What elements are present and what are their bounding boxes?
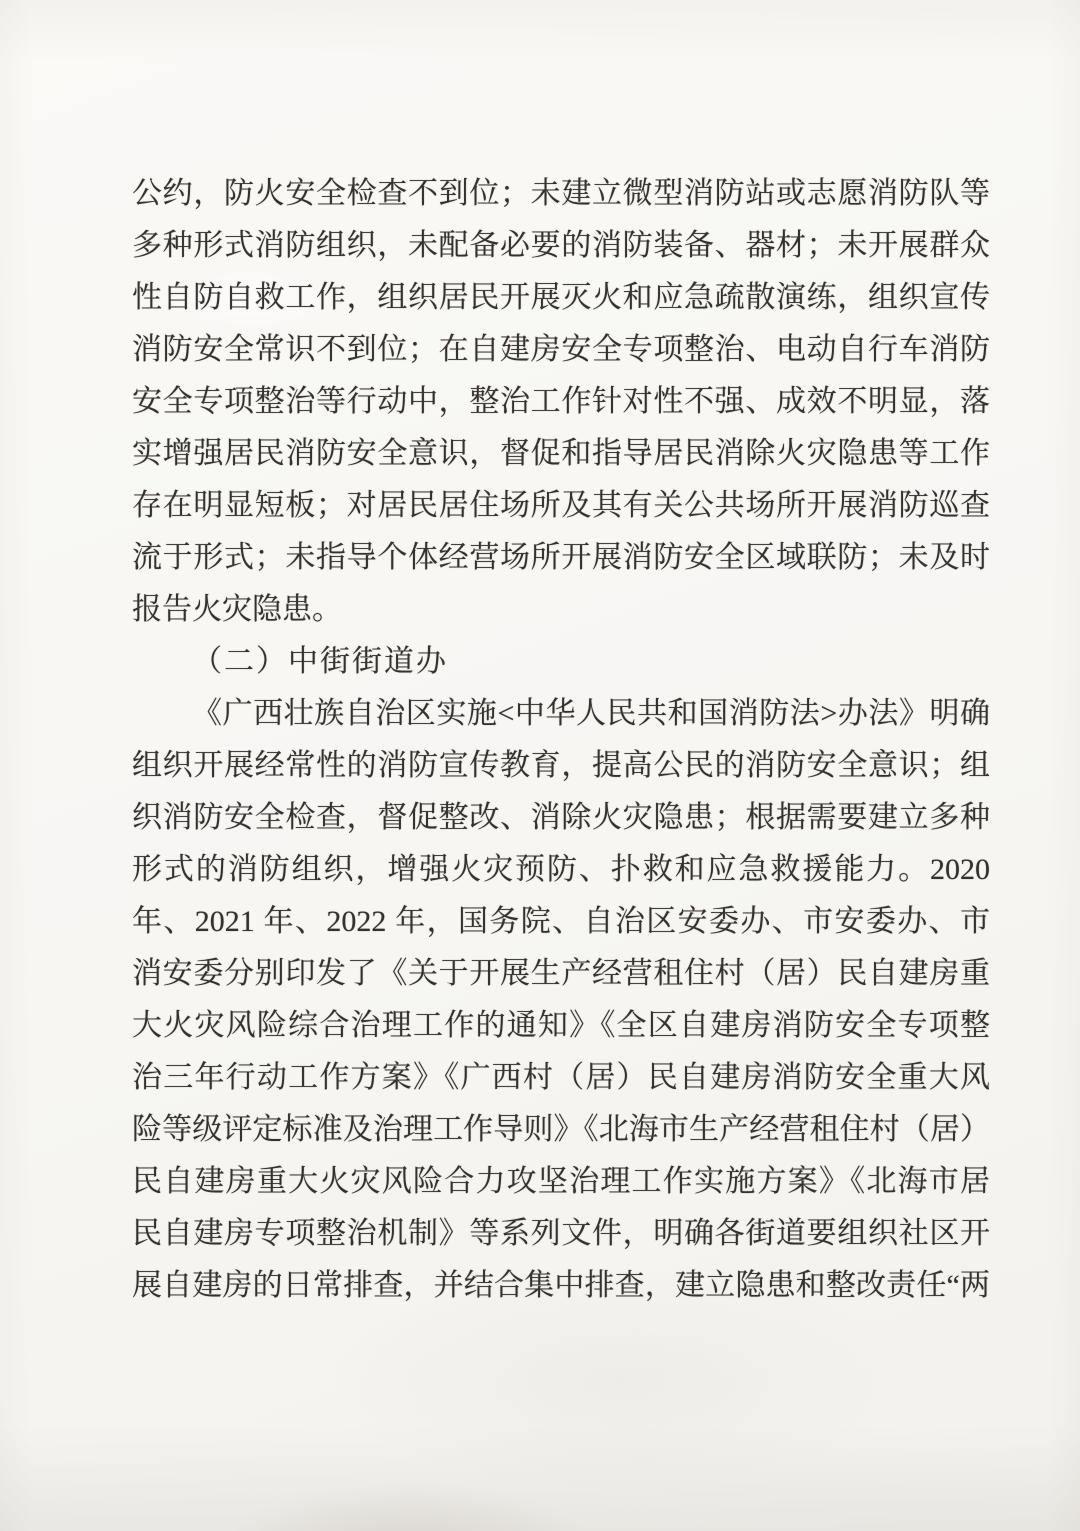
paragraph2-text-line: 消安委分别印发了《关于开展生产经营租住村（居）民自建房重 — [132, 948, 990, 1000]
paragraph1-text-line: 实增强居民消防安全意识，督促和指导居民消除火灾隐患等工作 — [132, 428, 990, 480]
scanned-page: 公约，防火安全检查不到位；未建立微型消防站或志愿消防队等多种形式消防组织，未配备… — [0, 0, 1080, 1531]
paragraph2-text-line: 形式的消防组织，增强火灾预防、扑救和应急救援能力。2020 — [132, 844, 990, 896]
document-text-block: 公约，防火安全检查不到位；未建立微型消防站或志愿消防队等多种形式消防组织，未配备… — [132, 168, 990, 1312]
paragraph2-text-line: 民自建房专项整治机制》等系列文件，明确各街道要组织社区开 — [132, 1208, 990, 1260]
paragraph1-text-line: 安全专项整治等行动中，整治工作针对性不强、成效不明显，落 — [132, 376, 990, 428]
paragraph1-text-line: 存在明显短板；对居民居住场所及其有关公共场所开展消防巡查 — [132, 480, 990, 532]
paragraph2-text-line: 治三年行动工作方案》《广西村（居）民自建房消防安全重大风 — [132, 1052, 990, 1104]
paragraph2-text-line: 展自建房的日常排查，并结合集中排查，建立隐患和整改责任“两 — [132, 1260, 990, 1312]
paragraph2-text-line: 险等级评定标准及治理工作导则》《北海市生产经营租住村（居） — [132, 1104, 990, 1156]
paragraph2-text-line: 织消防安全检查，督促整改、消除火灾隐患；根据需要建立多种 — [132, 792, 990, 844]
paragraph2-text-line: 民自建房重大火灾风险合力攻坚治理工作实施方案》《北海市居 — [132, 1156, 990, 1208]
paragraph1-text-line: 公约，防火安全检查不到位；未建立微型消防站或志愿消防队等 — [132, 168, 990, 220]
paragraph2-text-line: 《广西壮族自治区实施<中华人民共和国消防法>办法》明确 — [132, 688, 990, 740]
paragraph1-text-line: 性自防自救工作，组织居民开展灭火和应急疏散演练，组织宣传 — [132, 272, 990, 324]
paragraph1-text-line: 流于形式；未指导个体经营场所开展消防安全区域联防；未及时 — [132, 532, 990, 584]
section-heading: （二）中街街道办 — [132, 636, 990, 688]
paragraph2-text-line: 年、2021 年、2022 年，国务院、自治区安委办、市安委办、市 — [132, 896, 990, 948]
paragraph2-text-line: 组织开展经常性的消防宣传教育，提高公民的消防安全意识；组 — [132, 740, 990, 792]
paragraph1-text-line: 多种形式消防组织，未配备必要的消防装备、器材；未开展群众 — [132, 220, 990, 272]
paragraph1-text-line: 报告火灾隐患。 — [132, 584, 990, 636]
paragraph1-text-line: 消防安全常识不到位；在自建房安全专项整治、电动自行车消防 — [132, 324, 990, 376]
paragraph2-text-line: 大火灾风险综合治理工作的通知》《全区自建房消防安全专项整 — [132, 1000, 990, 1052]
